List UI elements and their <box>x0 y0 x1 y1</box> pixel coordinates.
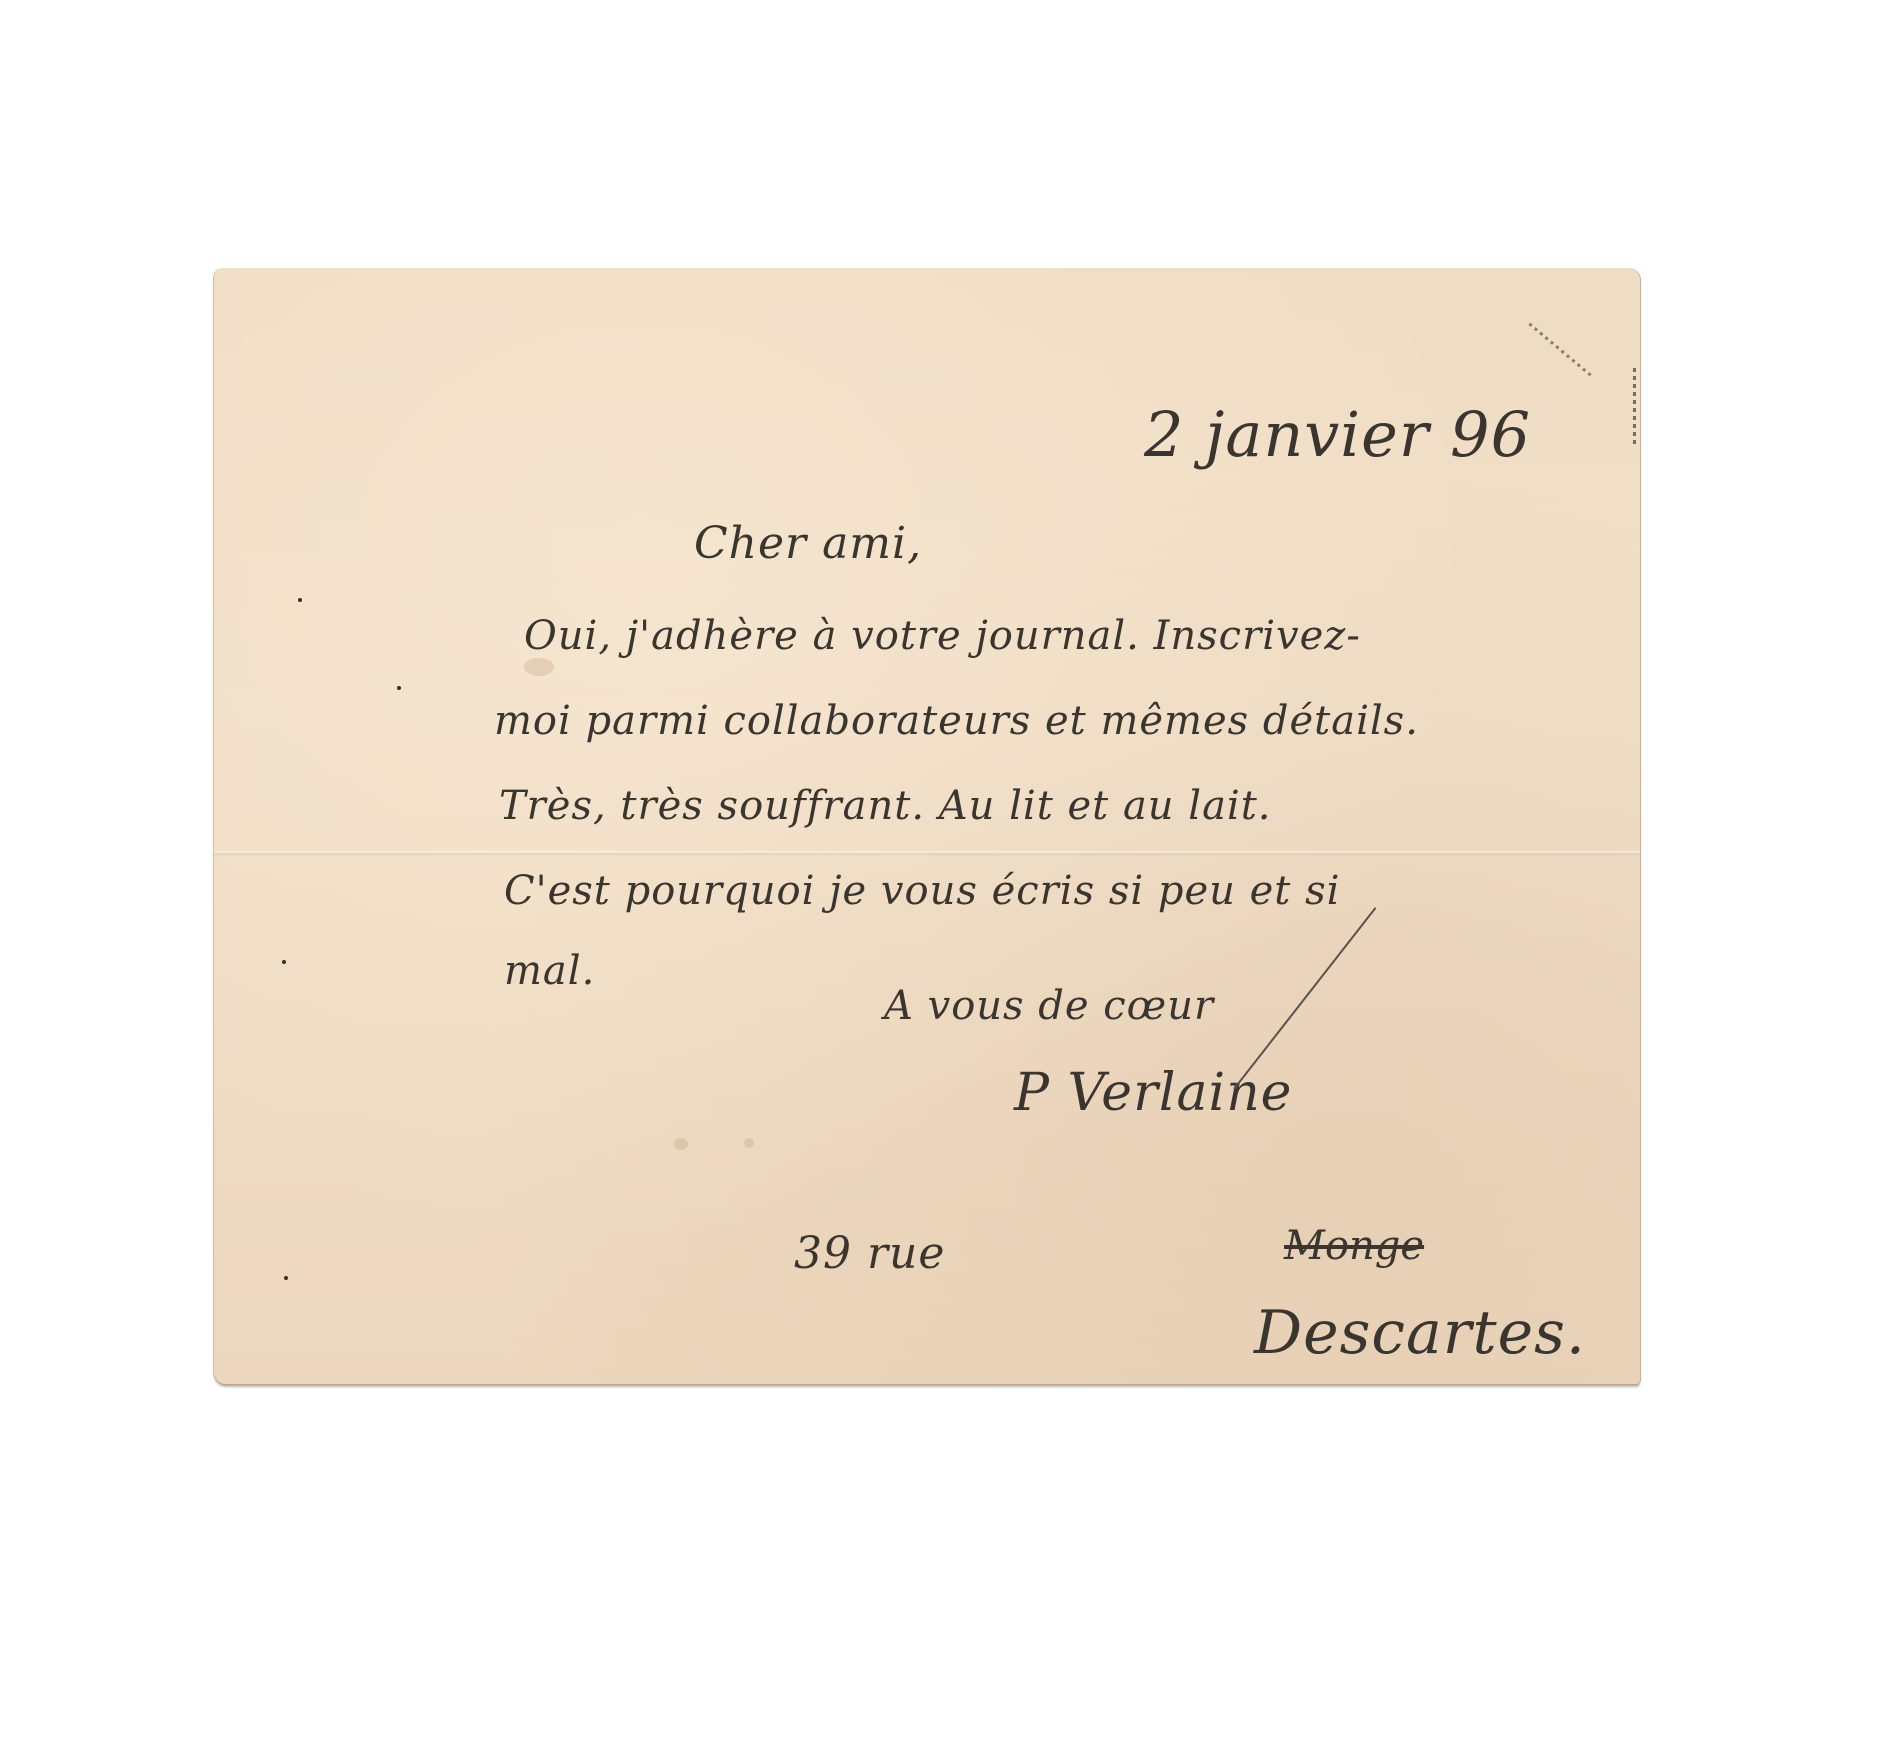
paper-stain <box>674 1138 688 1150</box>
edge-ink-marks <box>1633 368 1636 448</box>
address-street: Descartes. <box>1254 1298 1586 1368</box>
letter-salutation: Cher ami, <box>694 518 922 569</box>
letter-closing: A vous de cœur <box>884 983 1214 1029</box>
pen-stroke-divider <box>1233 907 1376 1089</box>
paper-speck <box>284 1276 288 1280</box>
paper-stain <box>524 658 554 676</box>
paper-speck <box>397 686 401 690</box>
paper-speck <box>282 960 286 964</box>
letter-signature: P Verlaine <box>1014 1063 1292 1123</box>
letter-body-line: C'est pourquoi je vous écris si peu et s… <box>504 868 1340 914</box>
paper-speck <box>298 598 302 602</box>
letter-body-line: Oui, j'adhère à votre journal. Inscrivez… <box>524 613 1361 659</box>
address-number-street: 39 rue <box>794 1228 945 1279</box>
letter-body-line: moi parmi collaborateurs et mêmes détail… <box>494 698 1419 744</box>
paper-stain <box>744 1138 754 1148</box>
corner-ink-dots <box>1528 323 1591 377</box>
letter-paper: 2 janvier 96 Cher ami, Oui, j'adhère à v… <box>214 268 1640 1384</box>
paper-fold-crease <box>214 850 1640 856</box>
letter-body-line: Très, très souffrant. Au lit et au lait. <box>499 783 1272 829</box>
letter-body-line: mal. <box>504 948 595 994</box>
address-struck-word: Monge <box>1284 1223 1424 1269</box>
letter-date: 2 janvier 96 <box>1144 398 1531 471</box>
